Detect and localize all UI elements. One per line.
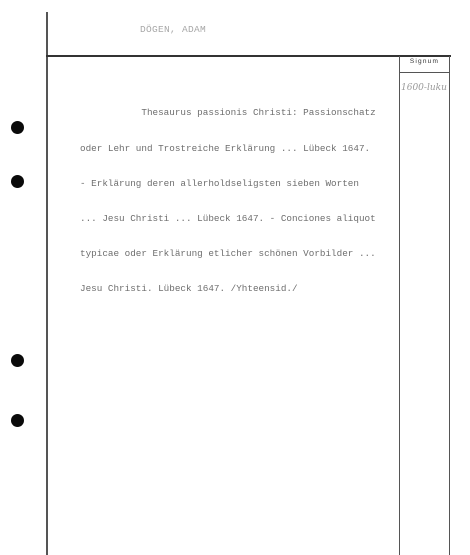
signum-column-right-rule (449, 56, 450, 555)
description-line: typicae oder Erklärung etlicher schönen … (80, 248, 398, 260)
description-line: - Erklärung deren allerholdseligsten sie… (80, 178, 398, 190)
description-line: Jesu Christi. Lübeck 1647. /Yhteensid./ (80, 283, 398, 295)
signum-value: 1600-luku (401, 83, 449, 93)
signum-label: Signum (400, 58, 449, 65)
punch-hole (11, 354, 24, 367)
left-margin-rule (46, 12, 48, 555)
description-line: Thesaurus passionis Christi: Passionscha… (80, 107, 398, 119)
bibliographic-description: Thesaurus passionis Christi: Passionscha… (80, 84, 398, 318)
punch-hole (11, 175, 24, 188)
signum-header-rule (399, 72, 450, 73)
description-line: oder Lehr und Trostreiche Erklärung ... … (80, 143, 398, 155)
catalog-card: DÖGEN, ADAM Signum 1600-luku Thesaurus p… (0, 0, 470, 555)
author-heading: DÖGEN, ADAM (140, 24, 206, 35)
signum-column-left-rule (399, 56, 400, 555)
description-line: ... Jesu Christi ... Lübeck 1647. - Conc… (80, 213, 398, 225)
punch-hole (11, 121, 24, 134)
header-rule (46, 55, 451, 57)
punch-hole (11, 414, 24, 427)
